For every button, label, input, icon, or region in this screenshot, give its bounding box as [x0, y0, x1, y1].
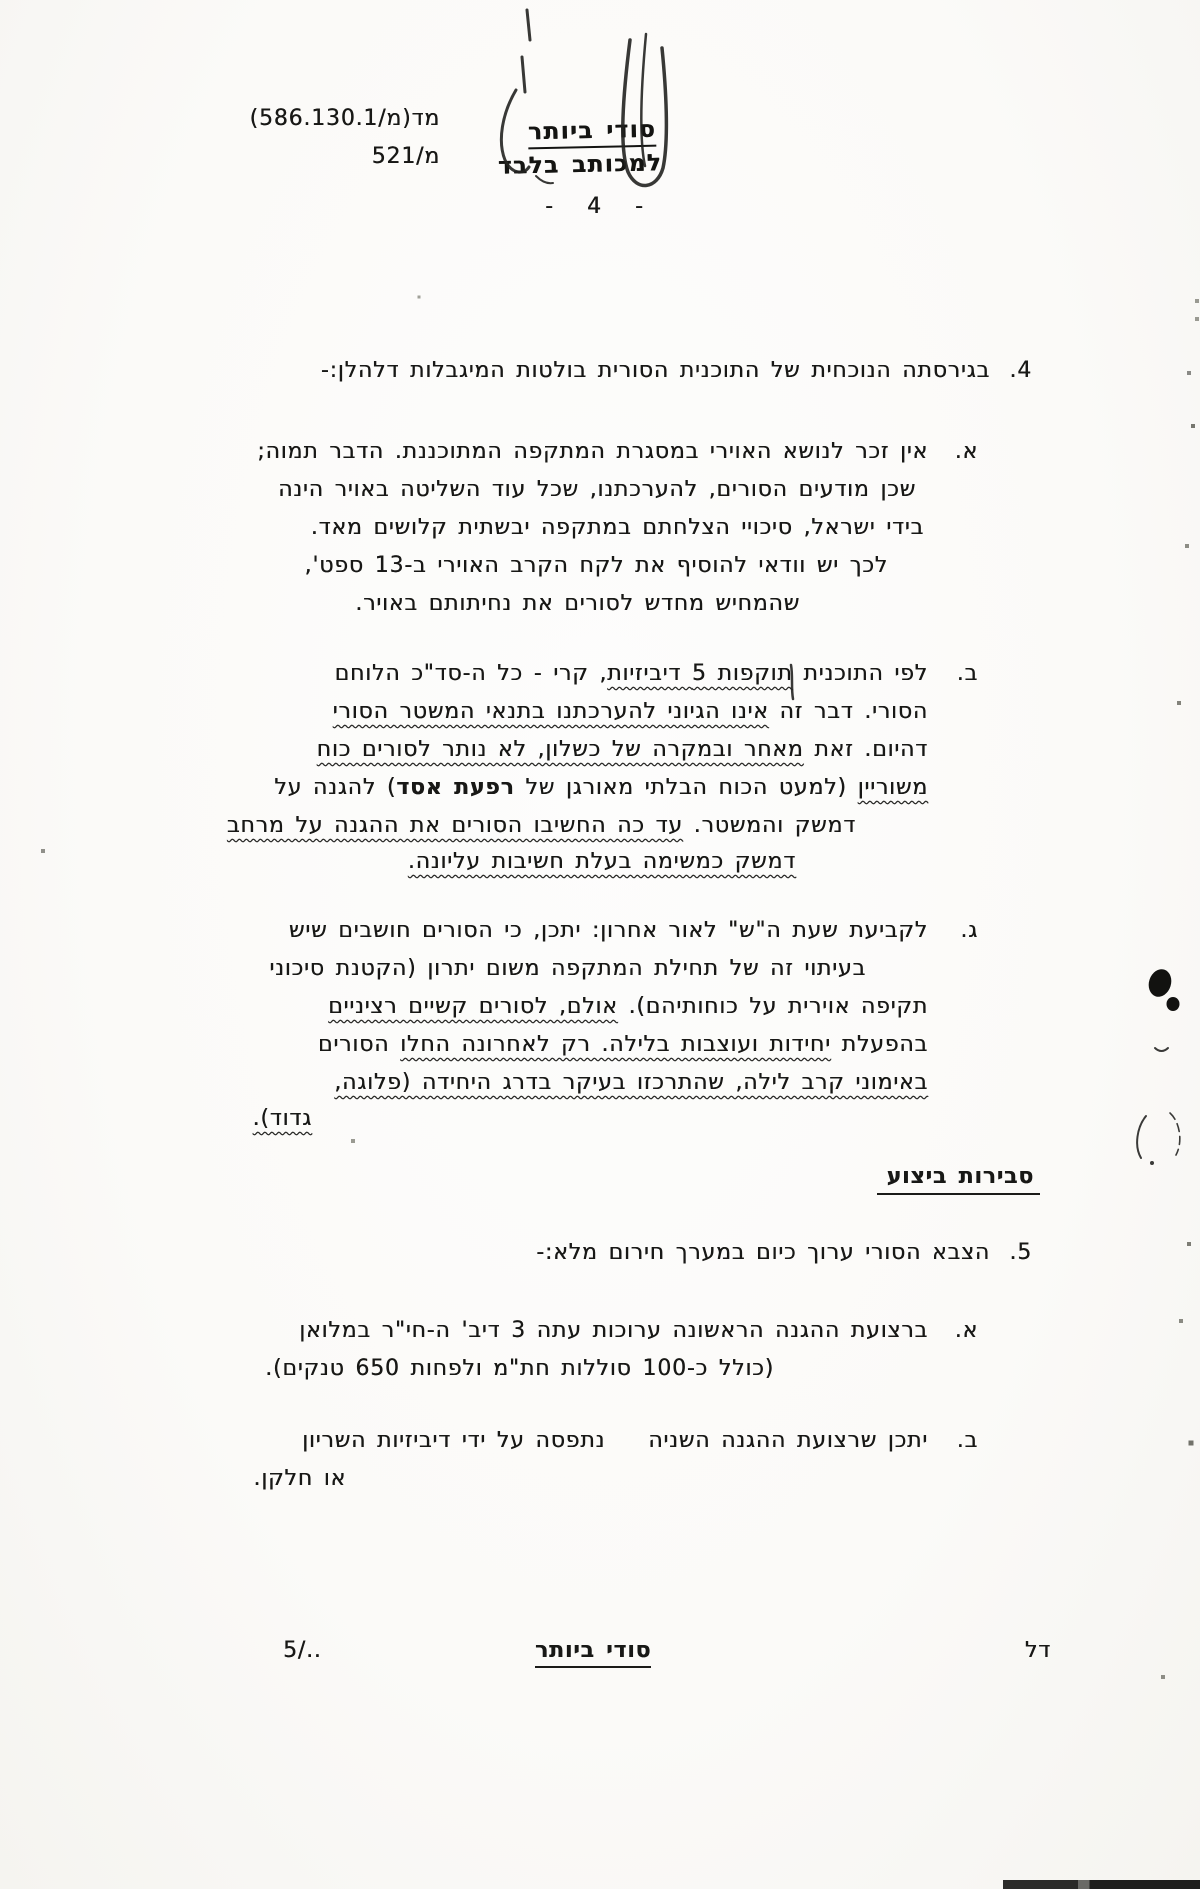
phrase-underlined: אינו הגיוני להערכתנו בתנאי המשטר הסורי [333, 699, 769, 724]
doc-line: בעיתוי זה של תחילת המתקפה משום יתרון (הק… [269, 956, 866, 981]
margin-scribbles [1137, 966, 1180, 1165]
pen-stroke [527, 10, 530, 40]
doc-line: לפי התוכנית תוקפות 5 דיביזיות, קרי - כל … [335, 661, 928, 686]
footer-classification: סודי ביותר [535, 1638, 651, 1663]
section-heading-text: סבירות ביצוע [877, 1164, 1040, 1195]
reference-number-2: מ/521 [372, 144, 440, 169]
phrase: ) להגנה על [274, 775, 396, 800]
circle-scribble-right [1170, 1113, 1180, 1155]
doc-line: לכך יש וודאי להוסיף את לקח הקרב האוירי ב… [305, 553, 888, 578]
phrase: , קרי - כל ה-סד"כ הלוחם [335, 661, 608, 686]
phrase-underlined: תוקפות 5 דיביזיות [607, 661, 792, 686]
phrase-underlined: דמשק כמשימה בעלת חשיבות עליונה. [408, 849, 796, 874]
item-4-header: בגירסתה הנוכחית של התוכנית הסורית בולטות… [321, 358, 990, 383]
footer-page-ref: 5/.. [283, 1638, 322, 1663]
doc-line: (כולל כ-100 סוללות חת"מ ולפחות 650 טנקים… [265, 1356, 774, 1381]
doc-line: תקיפה אוירית על כוחותיהם). אולם, לסורים … [328, 994, 928, 1019]
doc-line: ברצועת ההגנה הראשונה ערוכות עתה 3 דיב' ה… [299, 1318, 928, 1343]
phrase: (למעט הכוח הבלתי מאורגן של [515, 775, 858, 800]
doc-line: או חלקן. [253, 1466, 346, 1491]
doc-line: יתכן שרצועת ההגנה השניה נתפסה על ידי דיב… [302, 1428, 928, 1453]
footer-classification-text: סודי ביותר [535, 1638, 651, 1668]
sub-item-alef-letter: א. [955, 1318, 978, 1343]
doc-line: משוריין (למעט הכוח הבלתי מאורגן של רפעת … [274, 775, 928, 800]
classification-stamp-line1: סודי ביותר [528, 117, 657, 146]
phrase-emphasized: רפעת אסד [396, 775, 514, 800]
page-number: - 4 - [540, 194, 660, 219]
document-page: מד(מ/586.130.1) מ/521 סודי ביותר למכותב … [0, 0, 1200, 1889]
phrase: דמשק והמשטר. [683, 813, 856, 838]
phrase: הסורים [318, 1032, 400, 1057]
phrase-underlined: גדוד). [253, 1106, 312, 1131]
doc-line: לקביעת שעת ה"ש" לאור אחרון: יתכן, כי הסו… [289, 918, 928, 943]
sub-item-bet-letter: ב. [957, 1428, 978, 1453]
footer-right-mark: דל [1025, 1638, 1051, 1663]
doc-line: הסורי. דבר זה אינו הגיוני להערכתנו בתנאי… [333, 699, 928, 724]
scan-edge-artifact [1003, 1880, 1200, 1889]
phrase-underlined: באימוני קרב לילה, שהתרכזו בעיקר בדרג היח… [334, 1070, 928, 1095]
item-4-number: 4. [1009, 358, 1032, 383]
item-5-number: 5. [1009, 1240, 1032, 1265]
phrase-underlined: מאחר ובמקרה של כשלון, לא נותר לסורים כוח [317, 737, 804, 762]
phrase: בהפעלת [831, 1032, 928, 1057]
reference-number-1: מד(מ/586.130.1) [250, 106, 440, 131]
pen-tick [1155, 1048, 1168, 1051]
pen-stroke [522, 57, 525, 92]
phrase: דהיום. זאת [804, 737, 928, 762]
scan-marks-overlay [0, 0, 1200, 1889]
scan-noise [0, 0, 2, 2]
sub-item-alef-letter: א. [955, 439, 978, 464]
doc-line: דמשק והמשטר. עד כה החשיבו הסורים את ההגנ… [227, 813, 856, 838]
phrase-underlined: אולם, לסורים קשיים רציניים [328, 994, 618, 1019]
phrase-underlined: משוריין [858, 775, 928, 800]
doc-line: בידי ישראל, סיכויי הצלחתם במתקפה יבשתית … [311, 515, 924, 540]
circle-scribble-left [1137, 1116, 1146, 1158]
section-heading: סבירות ביצוע [877, 1164, 1040, 1189]
sub-item-bet-letter: ב. [957, 661, 978, 686]
phrase: לפי התוכנית [793, 661, 928, 686]
ink-blot [1145, 966, 1175, 999]
item-5-header: הצבא הסורי ערוך כיום במערך חירום מלא:- [536, 1240, 990, 1265]
ink-blot-small [1167, 997, 1180, 1011]
phrase-underlined: יחידות ועוצבות בלילה. רק לאחרונה החלו [400, 1032, 831, 1057]
doc-line: שכן מודעים הסורים, להערכתנו, שכל עוד השל… [278, 477, 916, 502]
scribble-dot [1150, 1161, 1154, 1165]
sub-item-gimel-letter: ג. [960, 918, 978, 943]
doc-line: אין זכר לנושא האוירי במסגרת המתקפה המתוכ… [257, 439, 928, 464]
doc-line: גדוד). [253, 1106, 312, 1131]
phrase: תקיפה אוירית על כוחותיהם). [618, 994, 928, 1019]
doc-line: באימוני קרב לילה, שהתרכזו בעיקר בדרג היח… [334, 1070, 928, 1095]
phrase: הסורי. דבר זה [769, 699, 928, 724]
doc-line: דהיום. זאת מאחר ובמקרה של כשלון, לא נותר… [317, 737, 928, 762]
phrase-underlined: עד כה החשיבו הסורים את ההגנה על מרחב [227, 813, 683, 838]
doc-line: שהמחיש מחדש לסורים את נחיתותם באויר. [355, 591, 800, 616]
doc-line: בהפעלת יחידות ועוצבות בלילה. רק לאחרונה … [318, 1032, 928, 1057]
doc-line: דמשק כמשימה בעלת חשיבות עליונה. [408, 849, 796, 874]
classification-stamp-line2: למכותב בלבד [498, 150, 663, 179]
stamp-text: סודי ביותר [528, 117, 657, 150]
